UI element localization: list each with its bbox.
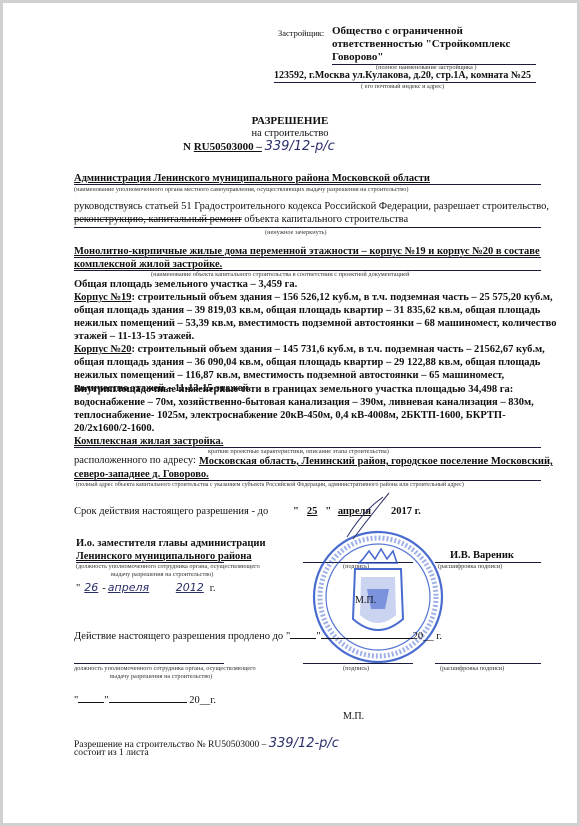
building-19-label: Корпус №19 [74,292,132,303]
extension-position-caption-2: выдачу разрешения на строительство) [110,673,212,680]
building-20-line: нежилых помещений – 116,87 кв.м, вместим… [74,369,545,382]
document-title: РАЗРЕШЕНИЕ [3,115,577,127]
footer-sheet-count: состоит из 1 листа [74,748,149,758]
stamp-label: М.П. [355,595,376,606]
developer-label: Застройщик: [278,28,324,38]
extension-signature-date: "" 20__г. [74,695,216,706]
legal-basis-line1: руководствуясь статьей 51 Градостроитель… [74,201,549,212]
extension-name-caption: (расшифровка подписи) [440,665,504,672]
building-19-line: нежилых помещений – 53,39 кв.м, вместимо… [74,317,556,330]
validity-day: 25 [299,506,326,517]
building-20-line: общая площадь здания – 36 090,04 кв.м, о… [74,356,545,369]
extension-date-year: 20__г. [189,695,216,706]
signature-month: апреля [106,581,171,594]
struck-text: реконструкцию, капитальный ремонт [74,214,242,225]
signature-date: "26-апреля 2012г. [76,581,216,594]
building-19-line: : строительный объем здания – 156 526,12… [132,292,553,303]
address-caption: ( его почтовый индекс и адрес) [361,83,444,90]
building-19: Корпус №19: строительный объем здания – … [74,291,556,343]
building-19-line: этажей – 11-13-15 этажей. [74,330,556,343]
permit-number: N RU50503000 – 339/12-р/с [183,139,335,154]
signature-year: 2012 [174,581,210,594]
legal-basis-line2: реконструкцию, капитальный ремонт объект… [74,214,408,225]
object-caption: (наименование объекта капитального строи… [151,271,409,278]
signer-position-line1: И.о. заместителя главы администрации [76,537,266,550]
networks-line: 20/2х1600/2-1600. [74,422,534,435]
signature-day: 26 [80,581,102,594]
number-prefix: N [183,141,191,153]
official-stamp-icon [311,529,445,665]
position-caption-1: (должность уполномоченного сотрудника ор… [76,563,260,570]
engineering-networks: Внутриплощадочные инженерные сети в гран… [74,383,534,435]
land-area: Общая площадь земельного участка – 3,459… [74,278,297,291]
location-label: расположенного по адресу: [74,455,196,466]
position-caption-2: выдачу разрешения на строительство) [111,571,213,578]
authority-caption: (наименование уполномоченного органа мес… [74,186,408,193]
developer-name: Общество с ограниченной ответственностью… [332,25,510,64]
developer-name-line: Общество с ограниченной [332,25,510,38]
extension-stamp-label: М.П. [343,711,364,722]
developer-name-line: ответственностью "Стройкомплекс [332,38,510,51]
number-printed: RU50503000 – [194,141,262,153]
building-19-line: общая площадь здания – 39 819,03 кв.м, о… [74,304,556,317]
extension-date: ""20__ г. [286,631,442,642]
footer-number-handwritten: 339/12-р/с [269,736,339,751]
building-20-label: Корпус №20 [74,344,132,355]
networks-line: теплоснабжение- 1025м, электроснабжение … [74,409,534,422]
signer-name-caption: (расшифровка подписи) [438,563,502,570]
strike-caption: (ненужное зачеркнуть) [265,229,326,236]
signer-name: И.В. Вареник [450,549,514,562]
handwritten-signature-icon [343,491,403,541]
document-subtitle: на строительство [3,128,577,139]
building-20-line: : строительный объем здания – 145 731,6 … [132,344,545,355]
extension-label: Действие настоящего разрешения продлено … [74,631,283,642]
location-caption: (полный адрес объекта капитального строи… [76,482,464,488]
extension-year: 20__ г. [413,631,442,642]
validity-label: Срок действия настоящего разрешения - до [74,506,268,517]
legal-rest: объекта капитального строительства [242,214,409,225]
location-address-line1: Московская область, Ленинский район, гор… [199,455,553,468]
extension-position-caption-1: должность уполномоченного сотрудника орг… [74,665,256,672]
developer-address: 123592, г.Москва ул.Кулакова, д.20, стр.… [274,69,531,82]
developer-name-line: Говорово" [332,51,510,64]
characteristics-caption: краткие проектные характеристики, описан… [208,448,389,455]
signature-date-suffix: г. [210,583,216,594]
number-handwritten: 339/12-р/с [265,139,335,154]
networks-line: водоснабжение – 70м, хозяйственно-бытова… [74,396,534,409]
networks-line: Внутриплощадочные инженерные сети в гран… [74,383,534,396]
extension-signature-caption: (подпись) [343,665,369,672]
document-page: Застройщик: Общество с ограниченной отве… [3,3,577,823]
